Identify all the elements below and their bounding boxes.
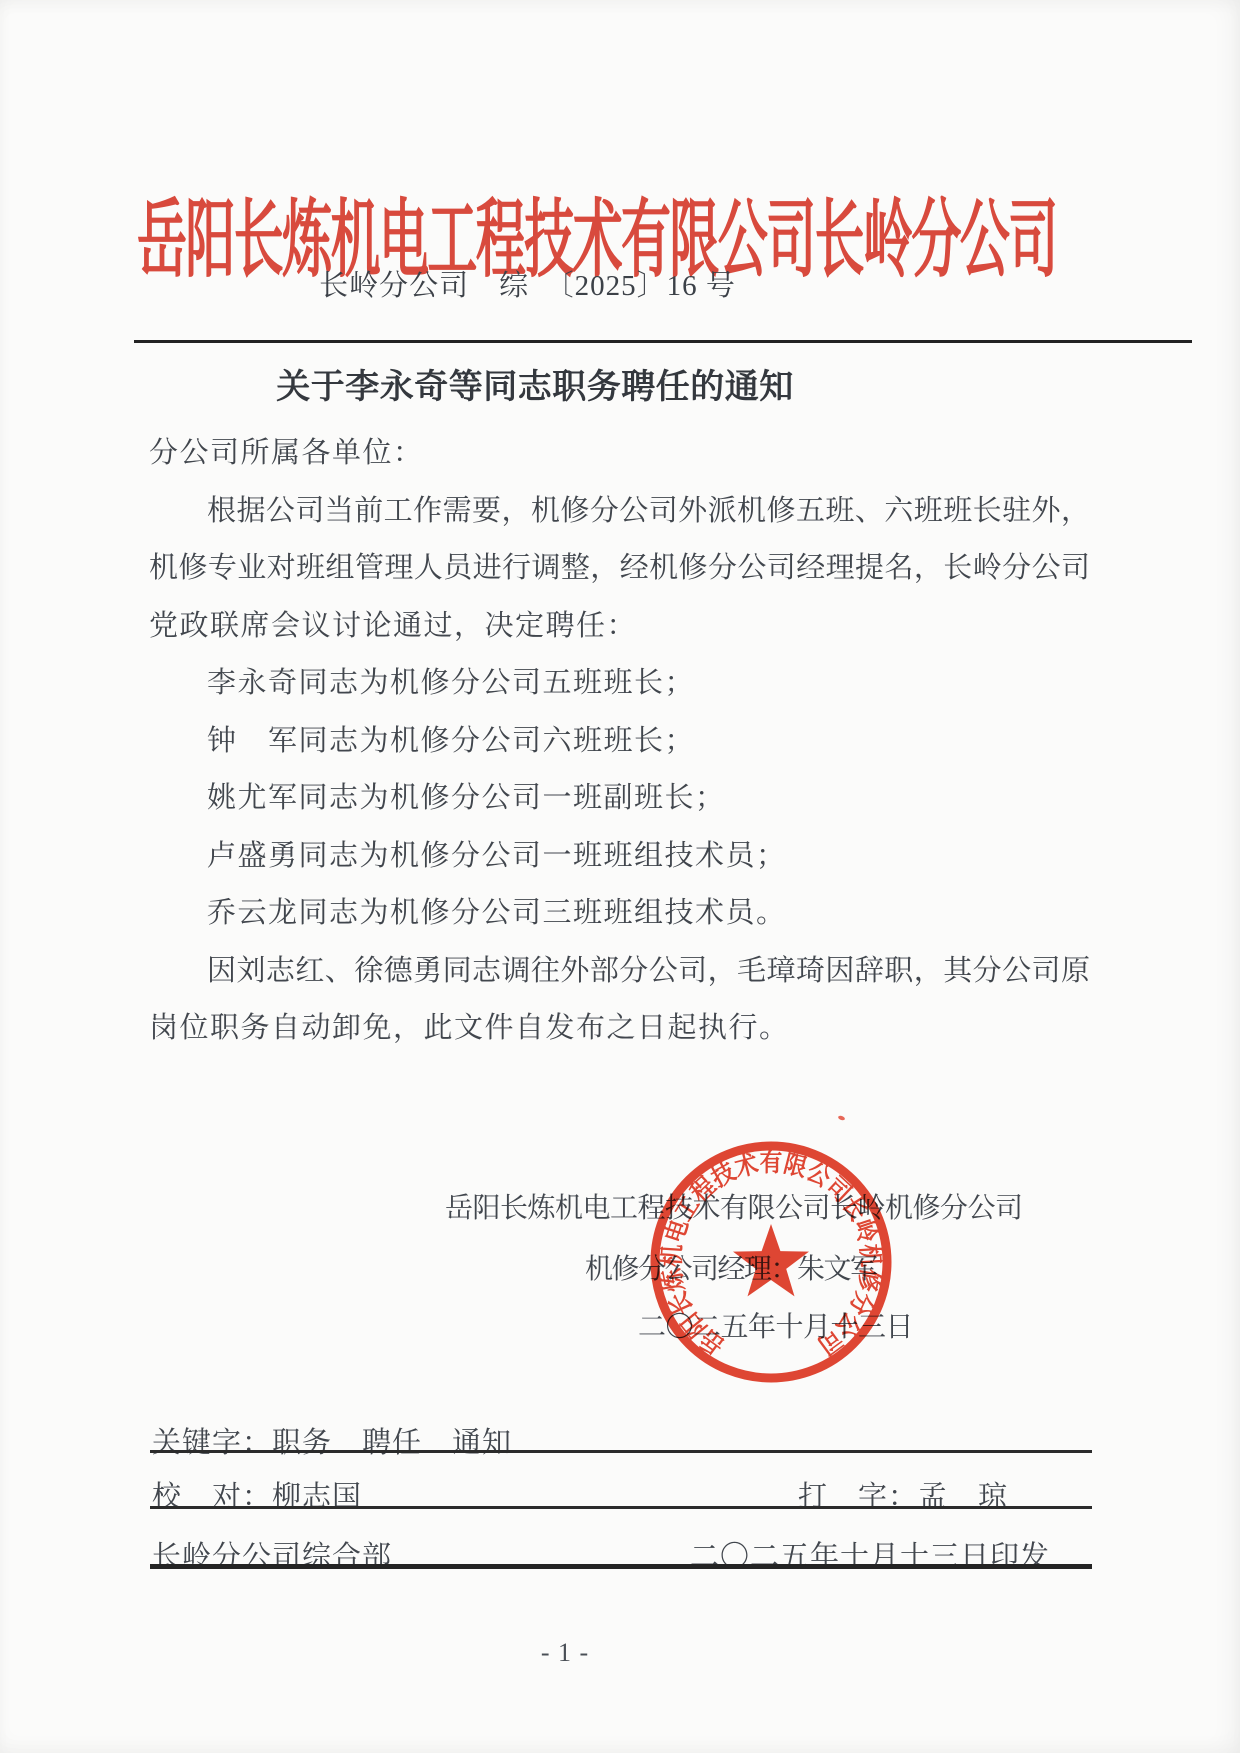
body-line: 李永奇同志为机修分公司五班班长； bbox=[149, 655, 1090, 713]
footer-rule-3 bbox=[150, 1564, 1092, 1569]
letterhead-separator-rule bbox=[134, 340, 1192, 343]
body-line: 姚尤军同志为机修分公司一班副班长； bbox=[149, 770, 1090, 828]
body-line: 机修专业对班组管理人员进行调整，经机修分公司经理提名，长岭分公司 bbox=[149, 540, 1090, 598]
scanned-document-page: 岳阳长炼机电工程技术有限公司长岭分公司 长岭分公司 综 〔2025〕16 号 关… bbox=[0, 0, 1240, 1753]
footer-rule-1 bbox=[150, 1450, 1092, 1453]
body-line: 党政联席会议讨论通过，决定聘任： bbox=[149, 598, 1090, 656]
body-line: 钟 军同志为机修分公司六班班长； bbox=[149, 713, 1090, 771]
body-line: 乔云龙同志为机修分公司三班班组技术员。 bbox=[149, 885, 1090, 943]
footer-print-date: 二〇二五年十月十三日印发 bbox=[690, 1534, 1050, 1575]
body-line: 分公司所属各单位： bbox=[149, 425, 1090, 483]
seal-ink-speck bbox=[838, 1115, 846, 1121]
official-seal: 岳阳长炼机电工程技术有限公司长岭机修分公司 bbox=[649, 1140, 893, 1384]
document-number: 长岭分公司 综 〔2025〕16 号 bbox=[120, 263, 935, 304]
footer-typist: 打 字：孟 琼 bbox=[798, 1474, 1008, 1515]
footer-issuing-dept: 长岭分公司综合部 bbox=[152, 1534, 392, 1575]
document-title: 关于李永奇等同志职务聘任的通知 bbox=[120, 359, 950, 408]
body-line: 岗位职务自动卸免，此文件自发布之日起执行。 bbox=[149, 1000, 1090, 1058]
seal-star-icon bbox=[733, 1224, 809, 1296]
footer-rule-2 bbox=[150, 1506, 1092, 1509]
footer-keywords: 关键字：职务 聘任 通知 bbox=[152, 1420, 512, 1461]
body-line: 卢盛勇同志为机修分公司一班班组技术员； bbox=[149, 828, 1090, 886]
page-number: - 1 - bbox=[140, 1638, 990, 1668]
footer-proofreader: 校 对：柳志国 bbox=[152, 1474, 362, 1515]
body-lines: 分公司所属各单位：根据公司当前工作需要，机修分公司外派机修五班、六班班长驻外，机… bbox=[149, 425, 1090, 1058]
body-line: 根据公司当前工作需要，机修分公司外派机修五班、六班班长驻外， bbox=[149, 483, 1090, 541]
body-line: 因刘志红、徐德勇同志调往外部分公司，毛璋琦因辞职，其分公司原 bbox=[149, 943, 1090, 1001]
